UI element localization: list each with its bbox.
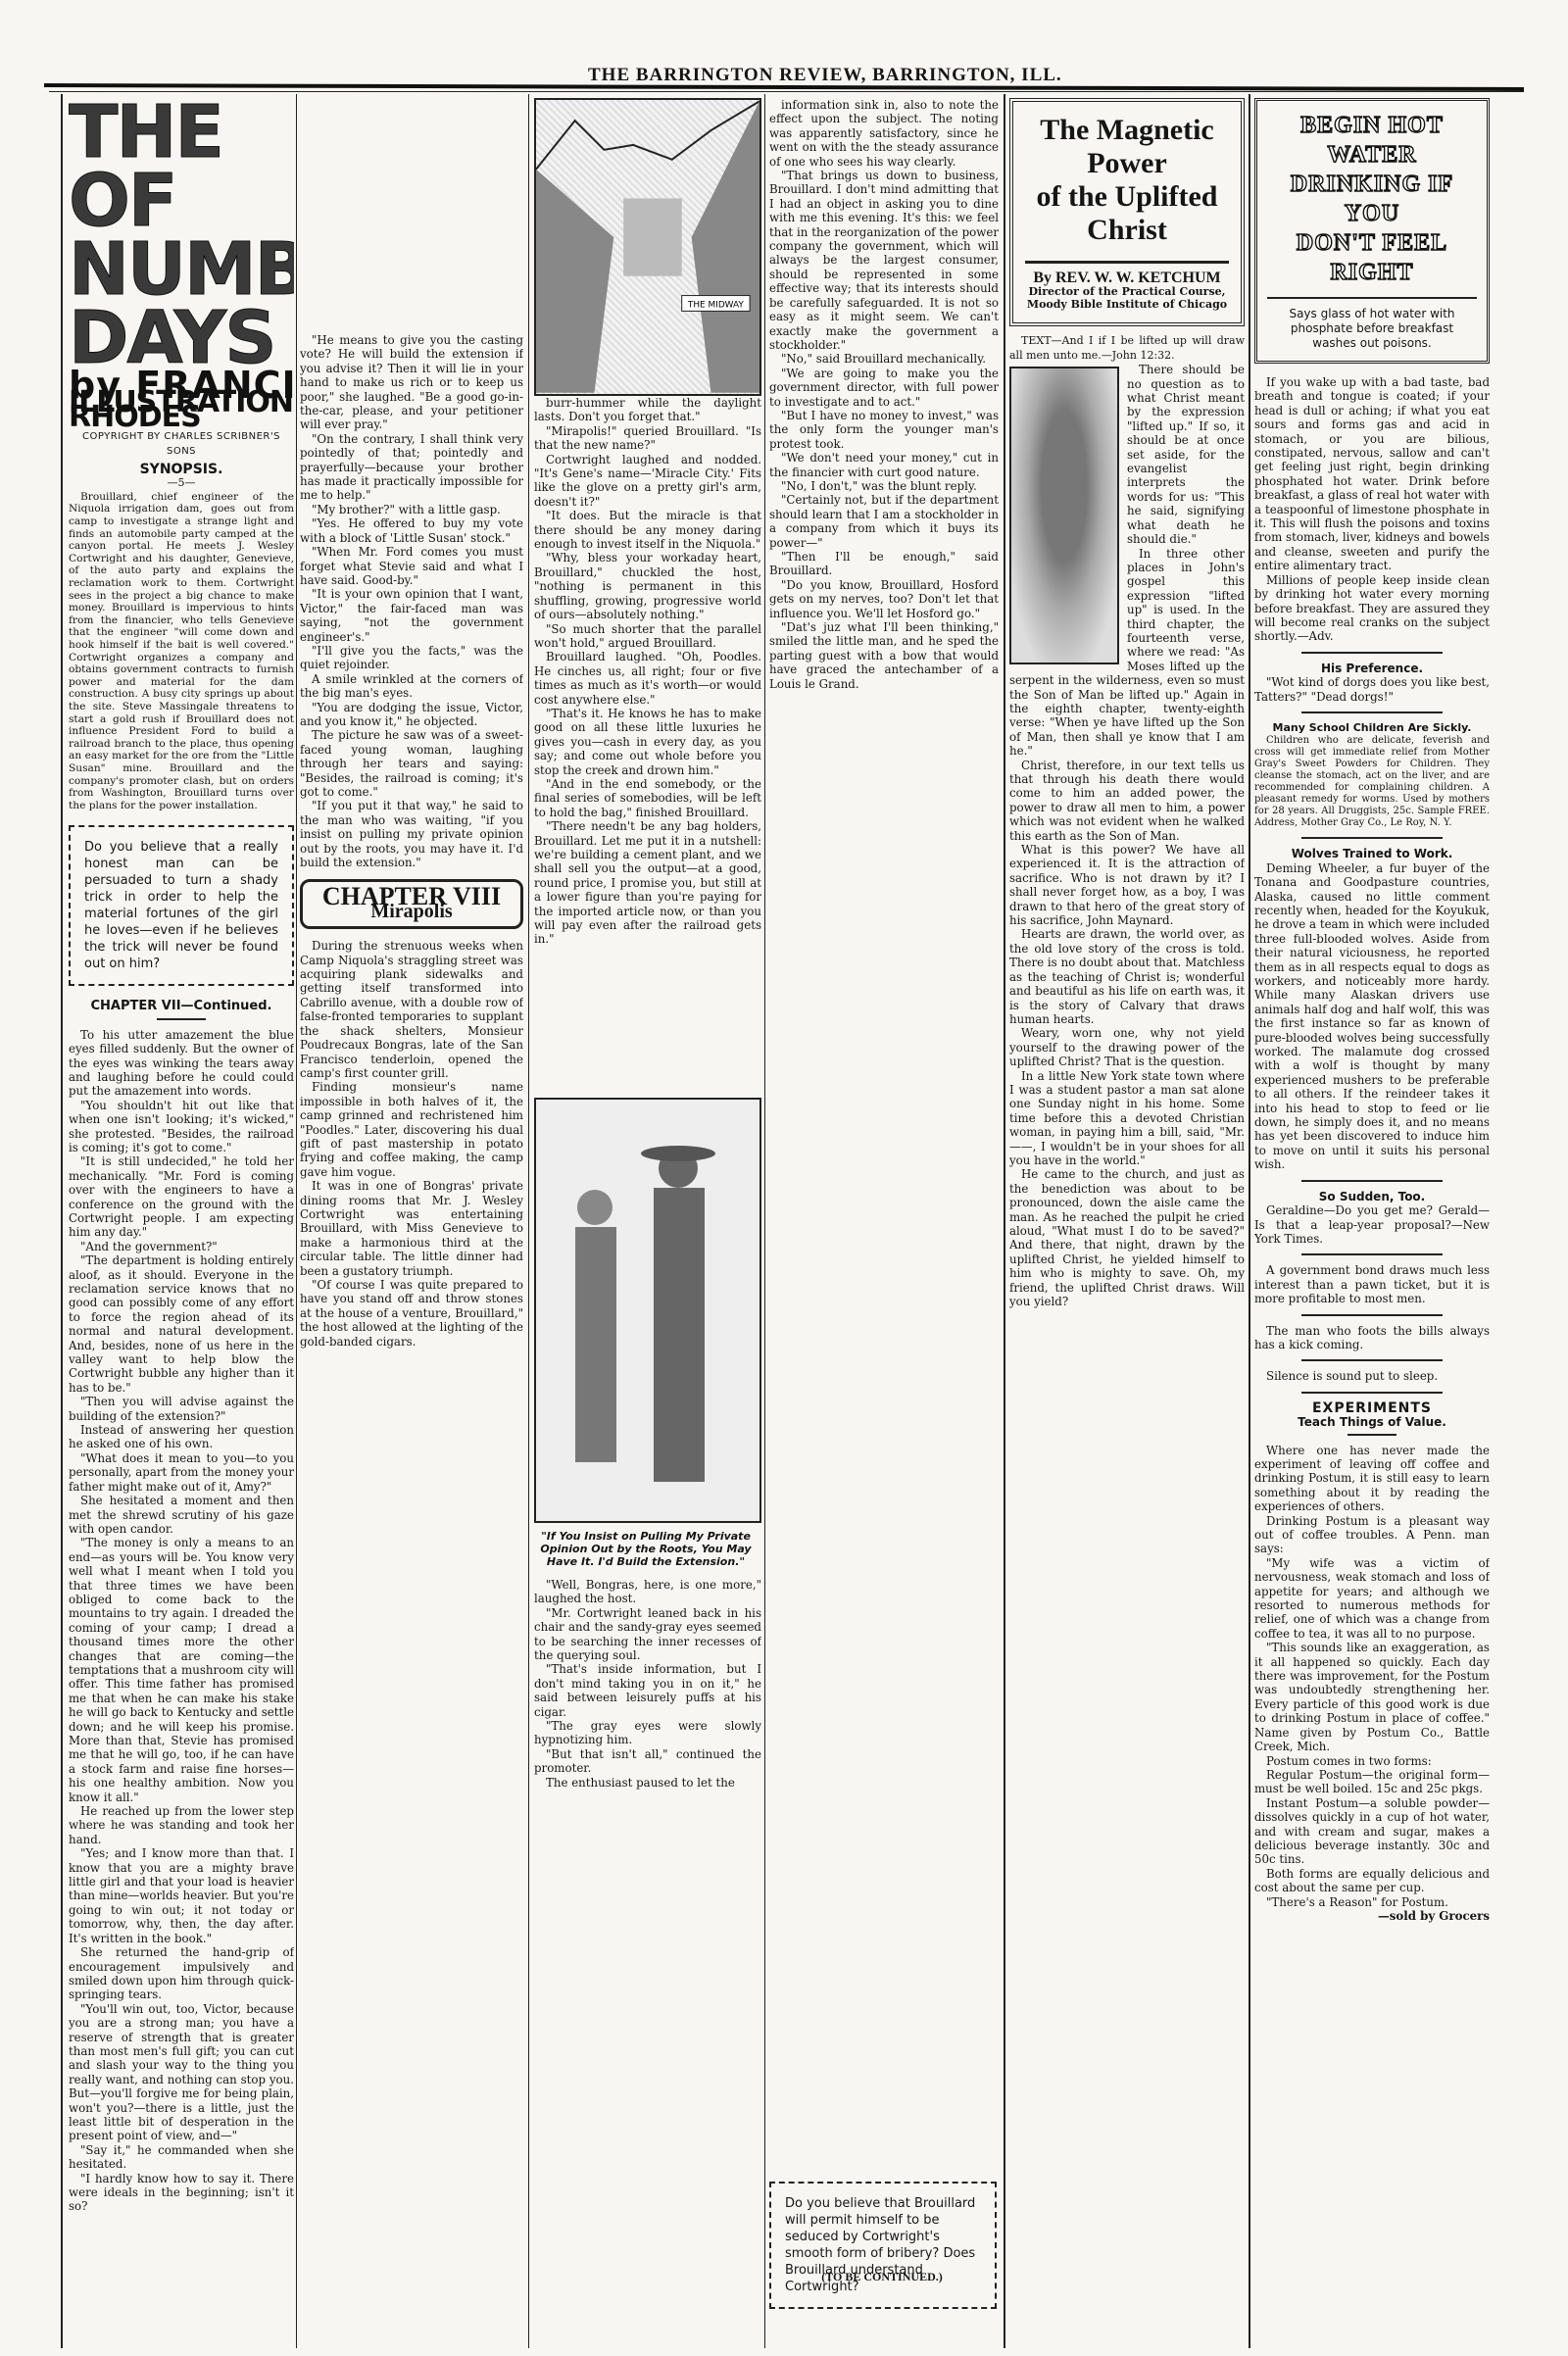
paragraph: "If you put it that way," he said to the… bbox=[300, 799, 523, 869]
paragraph: She returned the hand-grip of encouragem… bbox=[69, 1945, 294, 2002]
serial-column-4: information sink in, also to note the ef… bbox=[769, 98, 999, 2151]
sermon-header-box: The Magnetic Power of the Uplifted Chris… bbox=[1009, 98, 1245, 326]
paragraph: "My wife was a victim of nervousness, we… bbox=[1254, 1556, 1490, 1641]
question-box-2: Do you believe that Brouillard will perm… bbox=[769, 2182, 997, 2309]
bills-text: The man who foots the bills always has a… bbox=[1254, 1324, 1490, 1352]
paragraph: "The gray eyes were slowly hypnotizing h… bbox=[534, 1719, 761, 1747]
divider bbox=[1347, 1434, 1396, 1436]
paragraph: It was in one of Bongras' private dining… bbox=[300, 1179, 523, 1278]
paragraph: To his utter amazement the blue eyes fil… bbox=[69, 1028, 294, 1099]
serial-title-block: THE CITY OF NUMBERED DAYS by FRANCIS LYN… bbox=[69, 98, 294, 424]
preference-text: "Wot kind of dorgs does you like best, T… bbox=[1254, 675, 1490, 704]
paragraph: "When Mr. Ford comes you must forget wha… bbox=[300, 545, 523, 587]
divider bbox=[1301, 1253, 1443, 1255]
paragraph: "My brother?" with a little gasp. bbox=[300, 503, 523, 516]
paragraph: "That's inside information, but I don't … bbox=[534, 1662, 761, 1719]
copyright-notice: COPYRIGHT BY CHARLES SCRIBNER'S SONS bbox=[69, 430, 294, 459]
canyon-illustration: THE MIDWAY bbox=[534, 98, 761, 396]
serial-illustrator: ILLUSTRATIONS by C.D. RHODES bbox=[69, 396, 294, 424]
experiments-heading: EXPERIMENTS bbox=[1254, 1401, 1490, 1415]
paragraph: Weary, worn one, why not yield yourself … bbox=[1009, 1026, 1245, 1068]
misc-column: BEGIN HOT WATER DRINKING IF YOU DON'T FE… bbox=[1254, 98, 1490, 2342]
svg-text:THE MIDWAY: THE MIDWAY bbox=[687, 300, 744, 310]
paragraph: "No, I don't," was the blunt reply. bbox=[769, 479, 999, 493]
men-talking-image bbox=[536, 1100, 759, 1521]
paragraph: "It is still undecided," he told her mec… bbox=[69, 1154, 294, 1239]
paragraph: Brouillard laughed. "Oh, Poodles. He cin… bbox=[534, 650, 761, 707]
paragraph: "Dat's juz what I'll been thinking," smi… bbox=[769, 620, 999, 691]
column-rule bbox=[1249, 94, 1250, 2348]
paragraph: "Why, bless your workaday heart, Brouill… bbox=[534, 551, 761, 621]
paragraph: "It does. But the miracle is that there … bbox=[534, 509, 761, 551]
paragraph: "You'll win out, too, Victor, because yo… bbox=[69, 2002, 294, 2143]
paragraph: "The department is holding entirely aloo… bbox=[69, 1253, 294, 1395]
paragraph: "But that isn't all," continued the prom… bbox=[534, 1747, 761, 1776]
newspaper-masthead: THE BARRINGTON REVIEW, BARRINGTON, ILL. bbox=[529, 65, 1568, 86]
paragraph: "Then I'll be enough," said Brouillard. bbox=[769, 550, 999, 578]
silence-text: Silence is sound put to sleep. bbox=[1254, 1369, 1490, 1383]
two-men-illustration bbox=[534, 1098, 761, 1523]
postum-signoff: —sold by Grocers bbox=[1254, 1909, 1490, 1923]
paragraph: Regular Postum—the original form—must be… bbox=[1254, 1768, 1490, 1796]
paragraph: "And the government?" bbox=[69, 1240, 294, 1253]
paragraph: "Mr. Cortwright leaned back in his chair… bbox=[534, 1606, 761, 1663]
paragraph: "Yes. He offered to buy my vote with a b… bbox=[300, 516, 523, 545]
bond-text: A government bond draws much less intere… bbox=[1254, 1263, 1490, 1305]
preference-heading: His Preference. bbox=[1254, 662, 1490, 675]
sermon-author-role-2: Moody Bible Institute of Chicago bbox=[1025, 298, 1229, 311]
paragraph: Drinking Postum is a pleasant way out of… bbox=[1254, 1514, 1490, 1556]
serial-column-3-bottom: "Well, Bongras, here, is one more," laug… bbox=[534, 1578, 761, 2342]
paragraph: "That's it. He knows he has to make good… bbox=[534, 707, 761, 777]
paragraph: "So much shorter that the parallel won't… bbox=[534, 622, 761, 651]
sermon-author: By REV. W. W. KETCHUM bbox=[1025, 261, 1229, 285]
paragraph: "There's a Reason" for Postum. bbox=[1254, 1895, 1490, 1909]
paragraph: "Mirapolis!" queried Brouillard. "Is tha… bbox=[534, 424, 761, 453]
masthead-rule-thin bbox=[49, 91, 1524, 92]
paragraph: Instant Postum—a soluble powder—dissolve… bbox=[1254, 1796, 1490, 1867]
paragraph: "We don't need your money," cut in the f… bbox=[769, 451, 999, 479]
synopsis-heading: SYNOPSIS. bbox=[69, 463, 294, 476]
paragraph: "Then you will advise against the buildi… bbox=[69, 1395, 294, 1423]
sermon-author-role-1: Director of the Practical Course, bbox=[1025, 285, 1229, 298]
chapter-7-heading: CHAPTER VII—Continued. bbox=[69, 1000, 294, 1013]
paragraph: What is this power? We have all experien… bbox=[1009, 843, 1245, 927]
wolves-text: Deming Wheeler, a fur buyer of the Tonan… bbox=[1254, 861, 1490, 1172]
column-rule bbox=[61, 94, 63, 2348]
paragraph: "It is your own opinion that I want, Vic… bbox=[300, 587, 523, 644]
paragraph: "Yes; and I know more than that. I know … bbox=[69, 1846, 294, 1945]
paragraph: Hearts are drawn, the world over, as the… bbox=[1009, 927, 1245, 1026]
paragraph: "Certainly not, but if the department sh… bbox=[769, 493, 999, 550]
paragraph: "The money is only a means to an end—as … bbox=[69, 1536, 294, 1804]
divider bbox=[1301, 1359, 1443, 1361]
hot-water-ad-box: BEGIN HOT WATER DRINKING IF YOU DON'T FE… bbox=[1254, 98, 1490, 364]
paragraph: In a little New York state town where I … bbox=[1009, 1069, 1245, 1168]
paragraph: "Do you know, Brouillard, Hosford gets o… bbox=[769, 578, 999, 620]
experiments-subheading: Teach Things of Value. bbox=[1254, 1415, 1490, 1429]
ad-title-line-2: DRINKING IF YOU bbox=[1267, 170, 1477, 228]
divider bbox=[157, 1018, 206, 1020]
sermon-title-line-2: of the Uplifted Christ bbox=[1025, 180, 1229, 247]
sermon-text-verse: TEXT—And I if I be lifted up will draw a… bbox=[1009, 334, 1245, 363]
ad-title-line-1: BEGIN HOT WATER bbox=[1267, 111, 1477, 170]
children-ad-heading: Many School Children Are Sickly. bbox=[1254, 721, 1490, 735]
paragraph: The enthusiast paused to let the bbox=[534, 1776, 761, 1790]
sudden-text: Geraldine—Do you get me? Gerald—Is that … bbox=[1254, 1203, 1490, 1246]
divider bbox=[1301, 837, 1443, 839]
children-ad-text: Children who are delicate, feverish and … bbox=[1254, 735, 1490, 829]
paragraph: "No," said Brouillard mechanically. bbox=[769, 352, 999, 366]
paragraph: "On the contrary, I shall think very poi… bbox=[300, 432, 523, 503]
paragraph: Where one has never made the experiment … bbox=[1254, 1444, 1490, 1514]
divider bbox=[1301, 712, 1443, 713]
synopsis-text: Brouillard, chief engineer of the Niquol… bbox=[69, 491, 294, 811]
sermon-title-line-1: The Magnetic Power bbox=[1025, 114, 1229, 180]
sermon-column: The Magnetic Power of the Uplifted Chris… bbox=[1009, 98, 1245, 2342]
paragraph: "You shouldn't hit out like that when on… bbox=[69, 1099, 294, 1155]
divider bbox=[1301, 1180, 1443, 1182]
paragraph: Postum comes in two forms: bbox=[1254, 1754, 1490, 1768]
paragraph: "I hardly know how to say it. There were… bbox=[69, 2172, 294, 2214]
paragraph: If you wake up with a bad taste, bad bre… bbox=[1254, 375, 1490, 573]
chapter-8-header: CHAPTER VIII Mirapolis bbox=[300, 879, 523, 929]
paragraph: "There needn't be any bag holders, Broui… bbox=[534, 819, 761, 947]
paragraph: She hesitated a moment and then met the … bbox=[69, 1494, 294, 1536]
paragraph: Finding monsieur's name impossible in bo… bbox=[300, 1080, 523, 1179]
sudden-heading: So Sudden, Too. bbox=[1254, 1190, 1490, 1203]
author-portrait bbox=[1009, 367, 1119, 664]
column-rule bbox=[528, 94, 529, 2348]
paragraph: "Of course I was quite prepared to have … bbox=[300, 1278, 523, 1349]
serial-column-1: THE CITY OF NUMBERED DAYS by FRANCIS LYN… bbox=[69, 98, 294, 2342]
paragraph: Cortwright laughed and nodded. "It's Gen… bbox=[534, 453, 761, 510]
ad-title-line-3: DON'T FEEL RIGHT bbox=[1267, 228, 1477, 287]
divider bbox=[1301, 1314, 1443, 1316]
paragraph: "This sounds like an exaggeration, as it… bbox=[1254, 1641, 1490, 1753]
paragraph: "But I have no money to invest," was the… bbox=[769, 409, 999, 451]
paragraph: During the strenuous weeks when Camp Niq… bbox=[300, 939, 523, 1080]
paragraph: information sink in, also to note the ef… bbox=[769, 98, 999, 169]
paragraph: The picture he saw was of a sweet-faced … bbox=[300, 728, 523, 799]
mountain-canyon-image: THE MIDWAY bbox=[536, 100, 759, 394]
column-rule bbox=[764, 94, 765, 2348]
paragraph: He came to the church, and just as the b… bbox=[1009, 1167, 1245, 1308]
paragraph: burr-hummer while the daylight lasts. Do… bbox=[534, 396, 761, 424]
to-be-continued: (TO BE CONTINUED.) bbox=[769, 2270, 995, 2284]
paragraph: "Say it," he commanded when she hesitate… bbox=[69, 2143, 294, 2172]
serial-title-line-2: NUMBERED DAYS bbox=[69, 235, 294, 372]
paragraph: "He means to give you the casting vote? … bbox=[300, 333, 523, 432]
divider bbox=[1301, 1392, 1443, 1394]
wolves-heading: Wolves Trained to Work. bbox=[1254, 847, 1490, 860]
paragraph: "That brings us down to business, Brouil… bbox=[769, 169, 999, 352]
paragraph: "We are going to make you the government… bbox=[769, 367, 999, 409]
column-rule bbox=[296, 94, 297, 2348]
serial-column-2: "He means to give you the casting vote? … bbox=[300, 333, 523, 2342]
paragraph: "Well, Bongras, here, is one more," laug… bbox=[534, 1578, 761, 1606]
paragraph: Instead of answering her question he ask… bbox=[69, 1423, 294, 1451]
paragraph: He reached up from the lower step where … bbox=[69, 1804, 294, 1846]
paragraph: Both forms are equally delicious and cos… bbox=[1254, 1867, 1490, 1895]
column-rule bbox=[1004, 94, 1005, 2348]
paragraph: "You are dodging the issue, Victor, and … bbox=[300, 701, 523, 729]
paragraph: "What does it mean to you—to you persona… bbox=[69, 1451, 294, 1494]
paragraph: Christ, therefore, in our text tells us … bbox=[1009, 759, 1245, 843]
paragraph: "I'll give you the facts," was the quiet… bbox=[300, 644, 523, 672]
question-box: Do you believe that a really honest man … bbox=[69, 825, 294, 986]
synopsis-number: —5— bbox=[69, 476, 294, 490]
paragraph: "And in the end somebody, or the final s… bbox=[534, 777, 761, 819]
illustration-caption: "If You Insist on Pulling My Private Opi… bbox=[534, 1524, 758, 1574]
paragraph: A smile wrinkled at the corners of the b… bbox=[300, 672, 523, 701]
divider bbox=[1301, 652, 1443, 654]
paragraph: Millions of people keep inside clean by … bbox=[1254, 573, 1490, 644]
serial-title-line-1: THE CITY OF bbox=[69, 98, 294, 235]
ad-subtitle: Says glass of hot water with phosphate b… bbox=[1267, 297, 1477, 351]
